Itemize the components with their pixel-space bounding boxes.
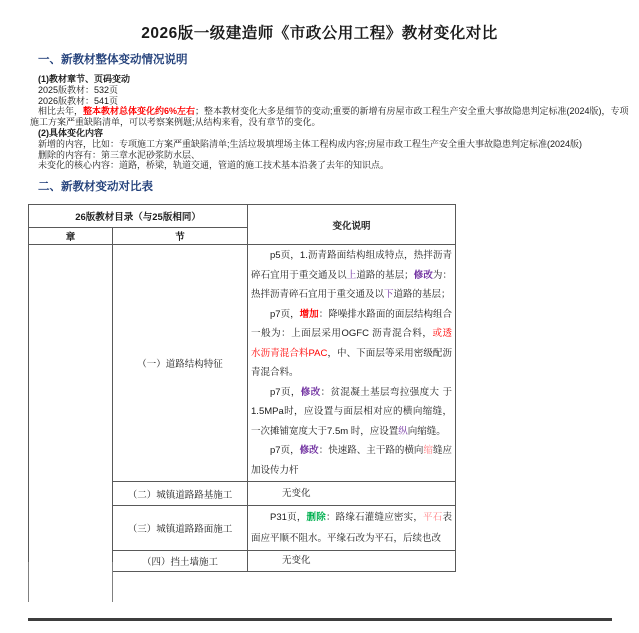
table-column-border-continuation (112, 562, 113, 602)
added-content-line: 新增的内容，比如：专项施工方案严重缺陷清单;生活垃圾填埋场主体工程构成内容;房屋… (30, 139, 629, 150)
section-cell: （三）城镇道路路面施工 (113, 506, 248, 551)
table-header-chapter: 章 (29, 228, 113, 245)
document-page: 2026版一级建造师《市政公用工程》教材变化对比 一、新教材整体变动情况说明 (… (0, 0, 639, 633)
comparison-table: 26版教材目录（与25版相同） 变化说明 章 节 （一）道路结构特征 p5页，1… (28, 204, 456, 572)
overall-change-paragraph: 相比去年，整本教材总体变化约6%左右；整本教材变化大多是细节的变动;重要的新增有… (30, 106, 629, 128)
table-row: （一）道路结构特征 p5页，1.沥青路面结构组成特点，热拌沥青碎石宜用于重交通及… (29, 245, 456, 482)
section-cell: （二）城镇道路路基施工 (113, 482, 248, 506)
table-header-section: 节 (113, 228, 248, 245)
page-title: 2026版一级建造师《市政公用工程》教材变化对比 (8, 21, 631, 43)
detail-changes-subtitle: (2)具体变化内容 (30, 128, 629, 139)
table-left-border-continuation (28, 562, 29, 602)
changes-cell: p5页，1.沥青路面结构组成特点，热拌沥青碎石宜用于重交通及以上道路的基层；修改… (248, 245, 456, 482)
chapter-cell (29, 245, 113, 572)
textbook-2026-pages: 2026版教材：541页 (30, 96, 629, 107)
section1-heading: 一、新教材整体变动情况说明 (30, 51, 629, 67)
section-cell: （一）道路结构特征 (113, 245, 248, 482)
unchanged-content-line: 未变化的核心内容：道路，桥梁，轨道交通，管道的施工技术基本沿袭了去年的知识点。 (30, 160, 629, 171)
textbook-2025-pages: 2025版教材：532页 (30, 85, 629, 96)
document-body: 一、新教材整体变动情况说明 (1)教材章节、页码变动 2025版教材：532页 … (0, 51, 639, 572)
section-cell: （四）挡土墙施工 (113, 551, 248, 572)
table-header-catalog: 26版教材目录（与25版相同） (29, 205, 248, 228)
table-header-changes: 变化说明 (248, 205, 456, 245)
changes-cell: 无变化 (248, 551, 456, 572)
section2-heading: 二、新教材变动对比表 (30, 178, 629, 194)
chapter-pages-subtitle: (1)教材章节、页码变动 (30, 74, 629, 85)
changes-cell: P31页，删除：路缘石灌缝应密实，平石表面应平顺不阻水。平缘石改为平石，后续也改 (248, 506, 456, 551)
page-bottom-rule (28, 618, 612, 621)
changes-cell: 无变化 (248, 482, 456, 506)
deleted-content-line: 删除的内容有：第三章水泥砂浆防水层、 (30, 150, 629, 161)
